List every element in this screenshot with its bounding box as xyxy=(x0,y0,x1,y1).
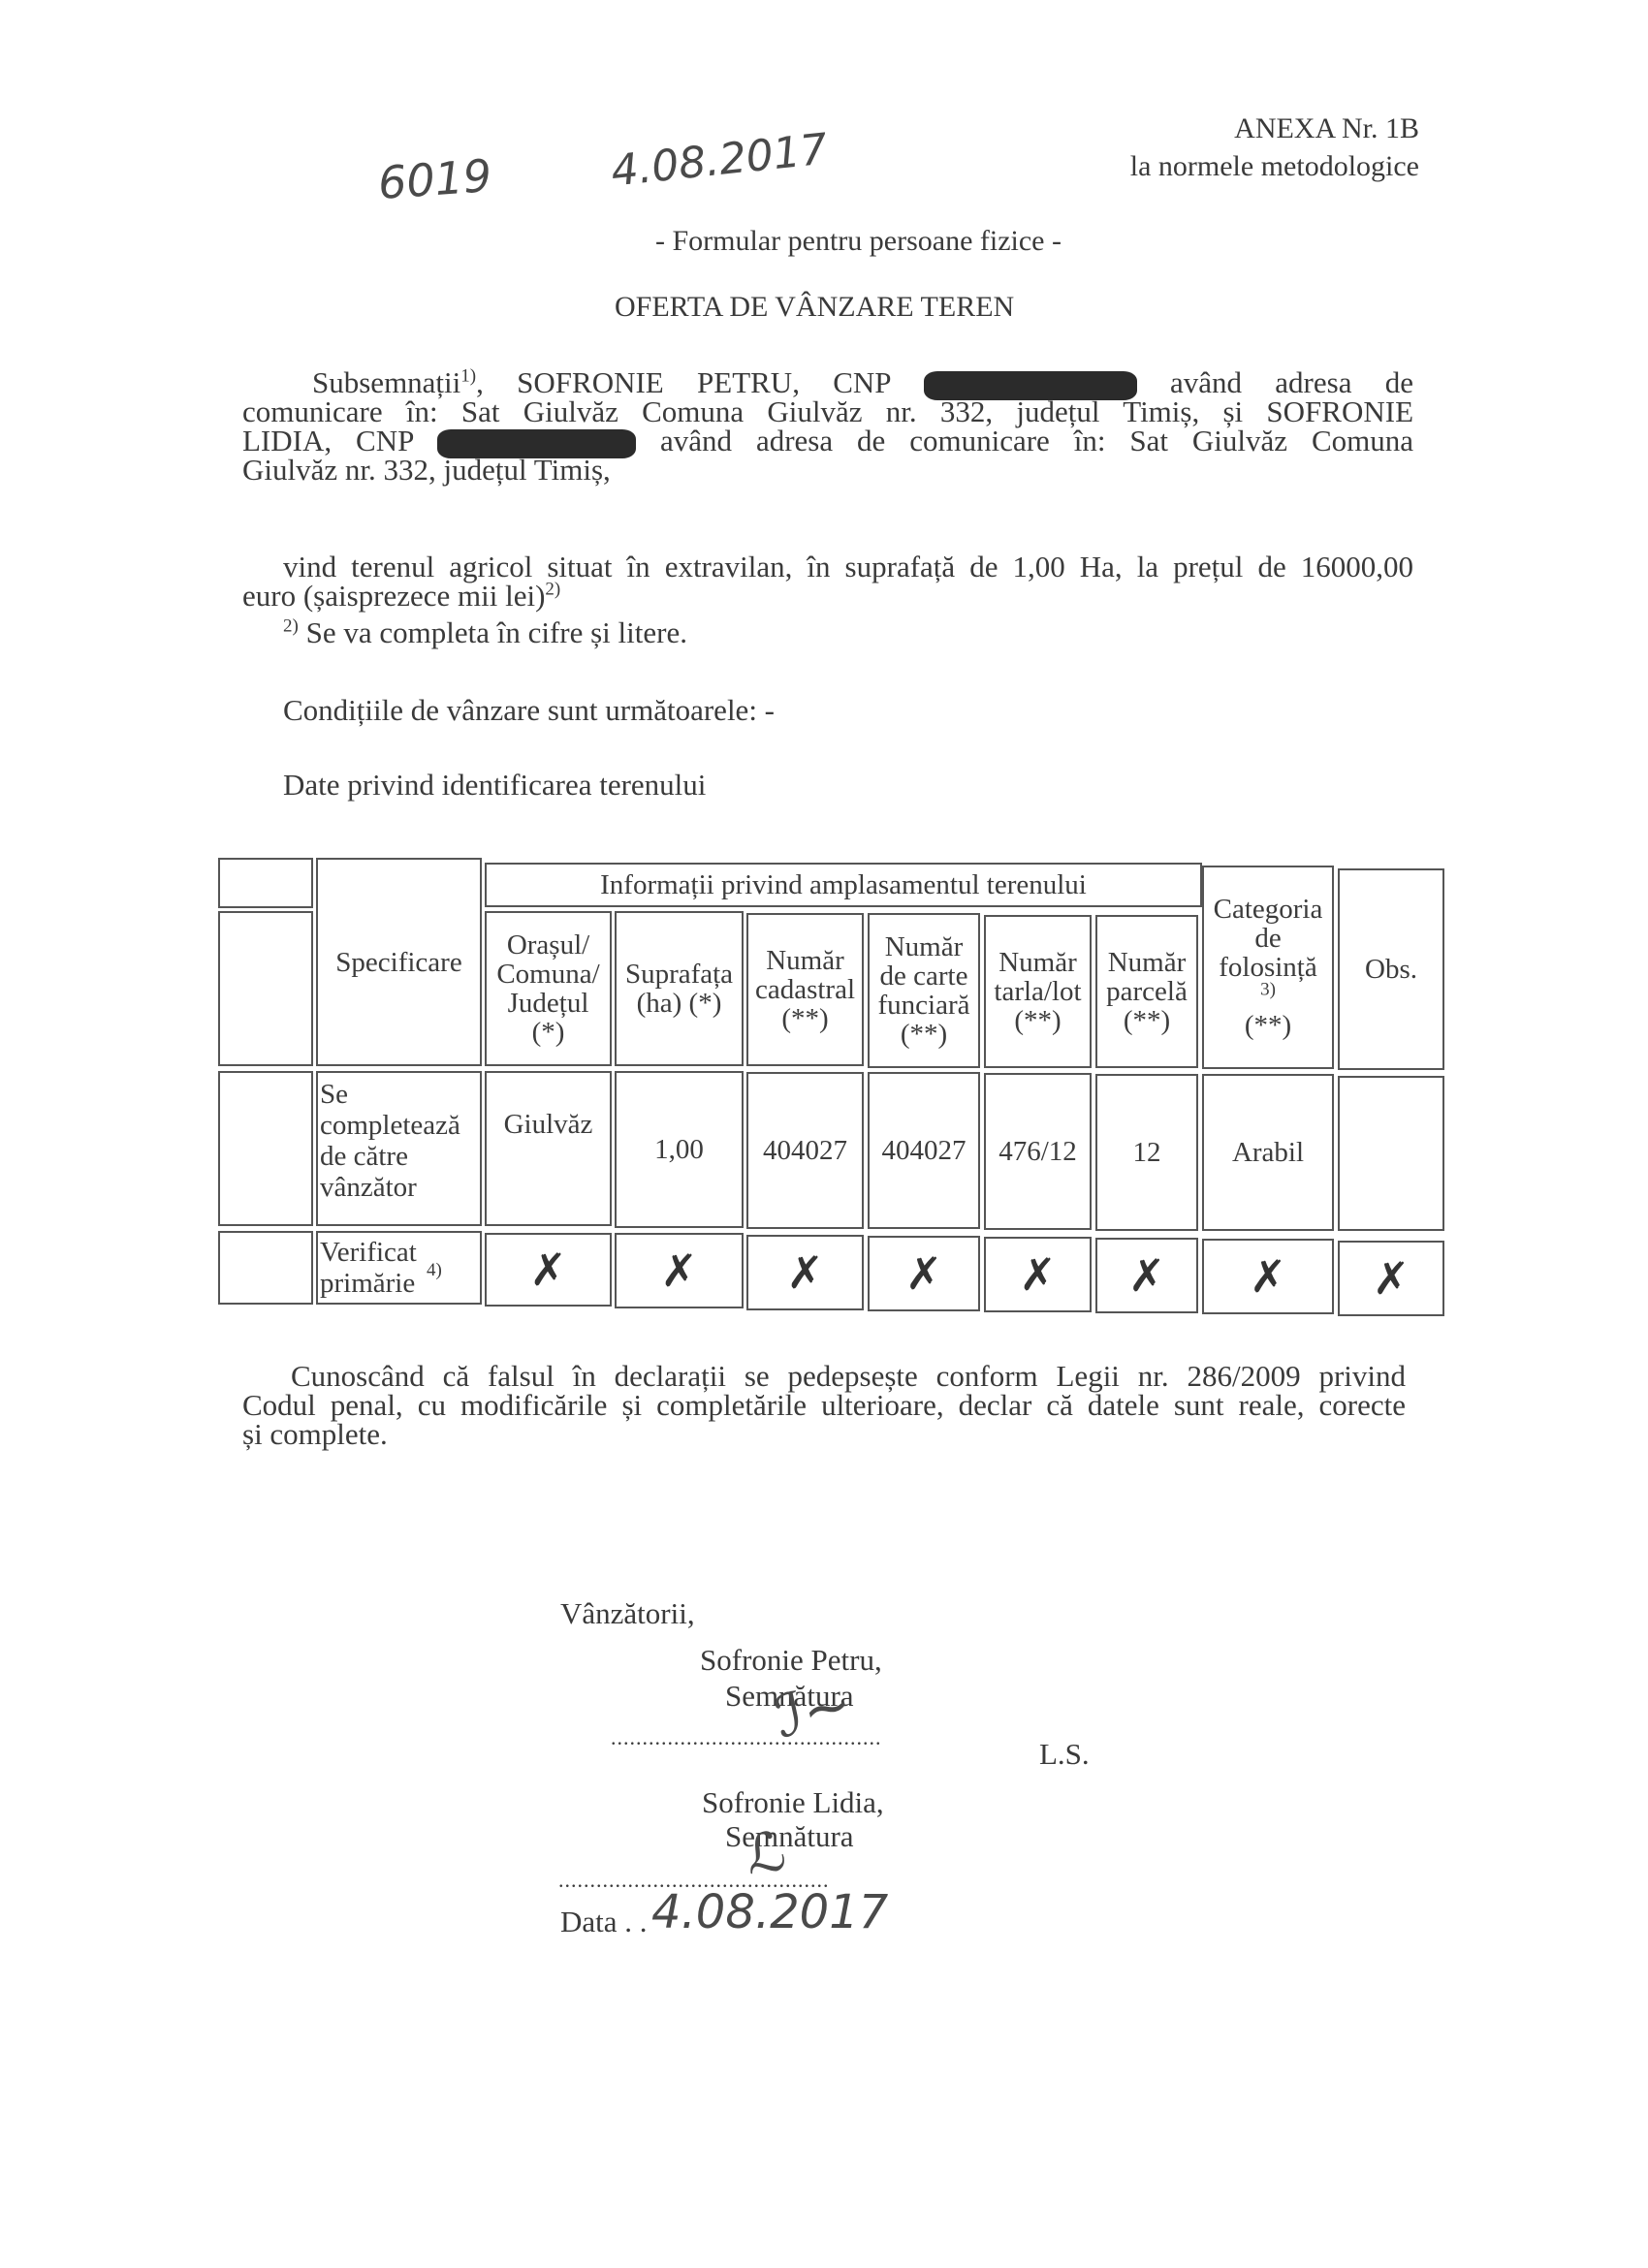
cell-categoria: Arabil xyxy=(1202,1074,1334,1231)
footnote-2-mark: 2) xyxy=(283,616,299,637)
sellers-label: Vânzătorii, xyxy=(560,1599,695,1627)
header-specificare: Specificare xyxy=(316,858,482,1066)
cell-obs xyxy=(1338,1076,1444,1231)
intro-line-4: Giulvăz nr. 332, județul Timiș, xyxy=(242,456,611,484)
handwritten-registration-number: 6019 xyxy=(376,149,493,209)
index-cell-verified xyxy=(218,1231,313,1305)
verified-mark-categoria: ✗ xyxy=(1202,1239,1334,1314)
verified-label: Verificat primărie xyxy=(320,1237,480,1299)
footnote-2: 2) Se va completa în cifre și litere. xyxy=(283,618,687,646)
handwritten-registration-date: 4.08.2017 xyxy=(609,124,830,196)
row-label-seller: Se completează de către vânzător xyxy=(316,1071,482,1226)
header-tarla: Număr tarla/lot (**) xyxy=(984,915,1092,1068)
verified-mark-parcela: ✗ xyxy=(1095,1238,1198,1313)
verified-mark-cadastral: ✗ xyxy=(746,1235,864,1310)
footnote-2-text: Se va completa în cifre și litere. xyxy=(299,615,687,649)
seller2-name: Sofronie Lidia, xyxy=(702,1788,884,1816)
header-oras: Orașul/ Comuna/ Județul (*) xyxy=(485,911,612,1066)
form-type: - Formular pentru persoane fizice - xyxy=(655,225,1062,258)
sale-conditions: Condițiile de vânzare sunt următoarele: … xyxy=(283,696,775,724)
header-cadastral: Număr cadastral (**) xyxy=(746,913,864,1066)
handwritten-signing-date: 4.08.2017 xyxy=(651,1885,888,1939)
date-label: Data . . xyxy=(560,1907,648,1936)
header-carte-funciara: Număr de carte funciară (**) xyxy=(868,913,980,1068)
index-cell-top xyxy=(218,858,313,908)
verified-label-sup: 4) xyxy=(427,1260,442,1281)
seller1-name: Sofronie Petru, xyxy=(700,1646,882,1674)
intro-line-3-end: având adresa de comunicare în: Sat Giulv… xyxy=(660,424,1413,457)
header-categoria-sup-wrap: 3) xyxy=(1260,982,1276,1011)
declaration-line-2: Codul penal, cu modificările și completă… xyxy=(242,1391,1406,1419)
header-parcela: Număr parcelă (**) xyxy=(1095,915,1198,1068)
header-categoria-tail: (**) xyxy=(1245,1011,1291,1040)
footnote-ref-4: 4) xyxy=(427,1260,442,1280)
offer-line-2: euro (șaisprezece mii lei)2) xyxy=(242,582,560,610)
intro-line-2: comunicare în: Sat Giulvăz Comuna Giulvă… xyxy=(242,397,1413,425)
header-group-location: Informații privind amplasamentul terenul… xyxy=(485,863,1202,907)
footnote-ref-1: 1) xyxy=(460,366,476,387)
cell-tarla: 476/12 xyxy=(984,1073,1092,1230)
annex-title: ANEXA Nr. 1B xyxy=(1234,112,1419,145)
verified-mark-suprafata: ✗ xyxy=(615,1233,744,1308)
row-label-verified: Verificat primărie xyxy=(316,1231,482,1305)
cell-oras: Giulvăz xyxy=(485,1071,612,1226)
verified-mark-oras: ✗ xyxy=(485,1233,612,1307)
verified-mark-obs: ✗ xyxy=(1338,1241,1444,1316)
cell-suprafata: 1,00 xyxy=(615,1071,744,1228)
index-cell-header xyxy=(218,911,313,1066)
header-categoria-label: Categoria de folosință xyxy=(1204,895,1332,982)
annex-subtitle: la normele metodologice xyxy=(1130,150,1419,183)
verified-mark-tarla: ✗ xyxy=(984,1237,1092,1312)
document-title: OFERTA DE VÂNZARE TEREN xyxy=(615,291,1014,324)
cell-cadastral: 404027 xyxy=(746,1072,864,1229)
index-cell-seller xyxy=(218,1071,313,1226)
header-suprafata: Suprafața (ha) (*) xyxy=(615,911,744,1066)
price-in-words: euro (șaisprezece mii lei) xyxy=(242,579,545,613)
identification-title: Date privind identificarea terenului xyxy=(283,771,706,799)
cell-carte-funciara: 404027 xyxy=(868,1072,980,1229)
header-obs: Obs. xyxy=(1338,868,1444,1070)
verified-mark-carte-funciara: ✗ xyxy=(868,1236,980,1311)
cell-parcela: 12 xyxy=(1095,1074,1198,1231)
declaration-line-1: Cunoscând că falsul în declarații se ped… xyxy=(291,1362,1406,1390)
header-categoria: Categoria de folosință 3) (**) xyxy=(1202,866,1334,1069)
declaration-line-3: și complete. xyxy=(242,1420,388,1448)
footnote-ref-2: 2) xyxy=(545,580,560,600)
seal-label: L.S. xyxy=(1039,1740,1090,1768)
offer-line-1: vind terenul agricol situat în extravila… xyxy=(283,552,1413,581)
footnote-ref-3: 3) xyxy=(1260,979,1276,999)
